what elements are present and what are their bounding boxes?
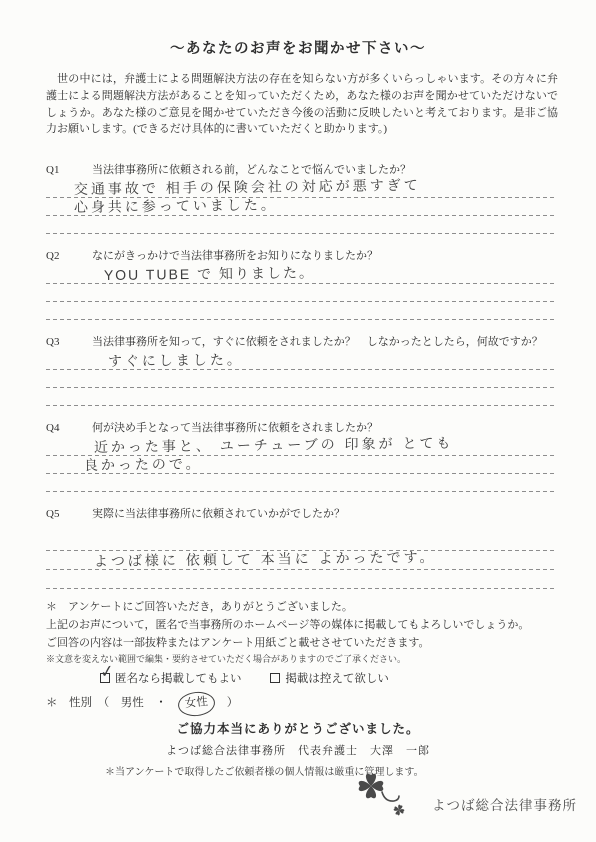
question-heading: Q2なにがきっかけで当法律事務所をお知りになりましたか？ [46,247,558,263]
handwritten-answer: YOU TUBE で 知りました。 [104,262,315,285]
question-list: Q1当法律事務所に依頼される前，どんなことで悩んでいましたか？ 交通事故で 相手… [46,161,558,602]
question-block-q3: Q3当法律事務所を知って，すぐに依頼をされましたか？ しなかったとしたら，何故で… [46,333,558,406]
publish-detail-line: ご回答の内容は一部抜粋またはアンケート用紙ごと載せさせていただきます。 [46,634,558,652]
consent-section: ＊ アンケートにご回答いただき，ありがとうございました。 上記のお声について，匿… [46,598,558,716]
question-block-q1: Q1当法律事務所に依頼される前，どんなことで悩んでいましたか？ 交通事故で 相手… [46,161,558,234]
answer-line: 良かったので。 [46,456,558,474]
answer-line: よつば様に 依頼して 本当に よかったです。 [46,551,558,570]
answer-line: 近かった事と、 ユーチューブの 印象が とても [46,438,558,456]
clover-logo-icon [352,770,424,828]
handwritten-answer: すぐにしました。 [108,349,244,371]
gender-selected-circle: 女性 [177,690,216,718]
question-label: Q5 [46,508,92,520]
answer-line [46,284,558,302]
question-label: Q3 [46,336,92,348]
question-block-q5: Q5実際に当法律事務所に依頼されていかがでしたか？ よつば様に 依頼して 本当に… [46,505,558,589]
edit-caveat-line: ※文意を変えない範囲で編集・要約させていただく場合がありますのでご了承ください。 [46,652,558,667]
question-text: 当法律事務所を知って，すぐに依頼をされましたか？ しなかったとしたら，何故ですか… [92,336,543,348]
survey-page: ～あなたのお声をお聞かせ下さい～ 世の中には，弁護士による問題解決方法の存在を知… [0,0,596,842]
firm-brand: よつば総合法律事務所 [352,770,562,830]
publish-question-line: 上記のお声について，匿名で当事務所のホームページ等の媒体に掲載してもよろしいでし… [46,616,558,634]
answer-line: 心身共に参っていました。 [46,198,558,216]
checkbox-anonymous-ok-label: 匿名なら掲載してもよい [115,673,242,685]
question-block-q4: Q4何が決め手となって当法律事務所に依頼をされましたか？ 近かった事と、 ユーチ… [46,419,558,492]
question-heading: Q5実際に当法律事務所に依頼されていかがでしたか？ [46,505,558,521]
question-block-q2: Q2なにがきっかけで当法律事務所をお知りになりましたか？ YOU TUBE で … [46,247,558,320]
checkbox-no-publish[interactable]: 掲載は控えて欲しい [270,670,389,688]
answer-line [46,216,558,234]
closing-firm-line: よつば総合法律事務所 代表弁護士 大澤 一郎 [0,742,596,758]
checkbox-checked-icon: ✓ [100,673,110,683]
intro-paragraph: 世の中には，弁護士による問題解決方法の存在を知らない方が多くいらっしゃいます。そ… [46,71,558,138]
handwritten-answer: 良かったので。 [84,454,203,475]
checkbox-no-publish-label: 掲載は控えて欲しい [285,673,389,685]
checkbox-unchecked-icon [270,673,280,683]
page-title: ～あなたのお声をお聞かせ下さい～ [0,37,596,58]
closing-thanks: ご協力本当にありがとうございました。 [0,719,596,737]
answer-line: YOU TUBE で 知りました。 [46,266,558,284]
answer-line: すぐにしました。 [46,352,558,370]
question-heading: Q3当法律事務所を知って，すぐに依頼をされましたか？ しなかったとしたら，何故で… [46,333,558,349]
gender-prefix: ＊ 性別 （ 男性 ・ [46,697,178,709]
answer-line [46,570,558,589]
gender-line: ＊ 性別 （ 男性 ・ 女性 ） [46,692,558,716]
answer-line [46,388,558,406]
question-label: Q2 [46,250,92,262]
question-heading: Q4何が決め手となって当法律事務所に依頼をされましたか？ [46,419,558,435]
survey-thanks-line: ＊ アンケートにご回答いただき，ありがとうございました。 [46,598,558,616]
question-label: Q1 [46,164,92,176]
answer-line [46,474,558,492]
handwritten-answer: 心身共に参っていました。 [74,195,278,217]
answer-line [46,302,558,320]
gender-suffix: ） [215,697,238,709]
check-icon: ✓ [99,662,116,682]
question-heading: Q1当法律事務所に依頼される前，どんなことで悩んでいましたか？ [46,161,558,177]
firm-brand-name: よつば総合法律事務所 [432,794,577,814]
question-label: Q4 [46,422,92,434]
answer-line: 交通事故で 相手の保険会社の対応が悪すぎて [46,180,558,198]
answer-line [46,370,558,388]
handwritten-answer: よつば様に 依頼して 本当に よかったです。 [94,547,437,571]
question-text: 何が決め手となって当法律事務所に依頼をされましたか？ [92,422,378,434]
question-text: 当法律事務所に依頼される前，どんなことで悩んでいましたか？ [92,164,411,176]
checkbox-anonymous-ok[interactable]: ✓匿名なら掲載してもよい [100,670,242,688]
question-text: 実際に当法律事務所に依頼されていかがでしたか？ [92,508,345,520]
consent-choices: ✓匿名なら掲載してもよい 掲載は控えて欲しい [100,670,558,688]
question-text: なにがきっかけで当法律事務所をお知りになりましたか？ [92,250,378,262]
